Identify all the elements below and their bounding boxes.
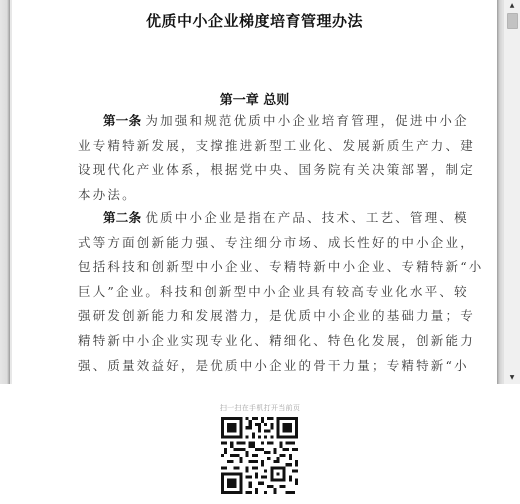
scroll-up-icon[interactable]: ▲: [504, 0, 520, 12]
article-line: 精特新中小企业实现专业化、精细化、特色化发展，创新能力: [78, 329, 431, 354]
article-2: 第二条优质中小企业是指在产品、技术、工艺、管理、模 式等方面创新能力强、专注细分…: [78, 206, 431, 378]
article-line: 第二条优质中小企业是指在产品、技术、工艺、管理、模: [78, 206, 431, 231]
article-label: 第二条: [103, 210, 141, 225]
scroll-down-icon[interactable]: ▼: [504, 372, 520, 384]
qr-section: 扫一扫在手机打开当前页: [0, 384, 520, 504]
document-page: 优质中小企业梯度培育管理办法 第一章 总则 第一条为加强和规范优质中小企业培育管…: [12, 0, 497, 384]
viewer-left-border: [0, 0, 10, 384]
qr-caption: 扫一扫在手机打开当前页: [0, 403, 520, 413]
qr-code-icon: [221, 417, 298, 494]
document-viewer: 优质中小企业梯度培育管理办法 第一章 总则 第一条为加强和规范优质中小企业培育管…: [0, 0, 520, 384]
document-title: 优质中小企业梯度培育管理办法: [12, 10, 497, 31]
article-1: 第一条为加强和规范优质中小企业培育管理，促进中小企 业专精特新发展，支撑推进新型…: [78, 109, 431, 207]
article-line: 包括科技和创新型中小企业、专精特新中小企业、专精特新“小: [78, 255, 431, 280]
chapter-heading: 第一章 总则: [12, 89, 497, 108]
article-line: 业专精特新发展，支撑推进新型工业化、发展新质生产力、建: [78, 134, 431, 159]
article-label: 第一条: [103, 113, 141, 128]
article-text: 为加强和规范优质中小企业培育管理，促进中小企: [145, 113, 468, 128]
article-text: 优质中小企业是指在产品、技术、工艺、管理、模: [145, 210, 468, 225]
scrollbar-thumb[interactable]: [507, 13, 518, 29]
article-line: 巨人”企业。科技和创新型中小企业具有较高专业化水平、较: [78, 280, 431, 305]
article-line: 强、质量效益好，是优质中小企业的骨干力量；专精特新“小: [78, 354, 431, 379]
vertical-scrollbar[interactable]: ▲ ▼: [503, 0, 520, 384]
article-line: 强研发创新能力和发展潜力，是优质中小企业的基础力量；专: [78, 304, 431, 329]
article-line: 设现代化产业体系，根据党中央、国务院有关决策部署，制定: [78, 158, 431, 183]
article-line: 式等方面创新能力强、专注细分市场、成长性好的中小企业，: [78, 231, 431, 256]
article-line: 本办法。: [78, 183, 431, 208]
article-line: 第一条为加强和规范优质中小企业培育管理，促进中小企: [78, 109, 431, 134]
